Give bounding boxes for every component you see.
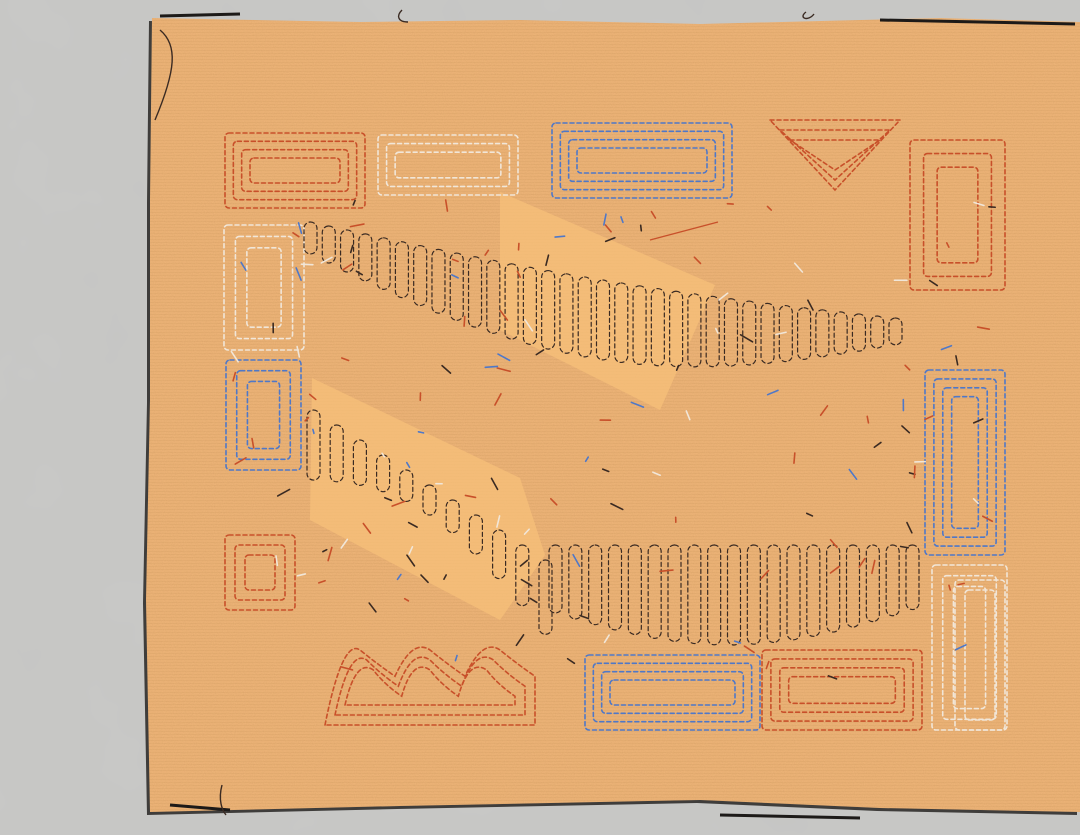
fabric-weave: [146, 18, 1080, 812]
thread-speck: [418, 432, 423, 433]
thread-speck: [313, 429, 314, 433]
frayed-edge: [160, 14, 240, 16]
thread-speck: [464, 316, 465, 326]
textile-canvas: [0, 0, 1080, 835]
thread-speck: [555, 236, 565, 237]
thread-speck: [485, 366, 497, 367]
thread-speck: [914, 466, 915, 478]
thread-speck: [794, 453, 795, 463]
thread-speck: [641, 225, 642, 231]
textile-photo: Back of a stitched mola-style textile on…: [0, 0, 1080, 835]
fabric-panel: [143, 14, 1080, 818]
